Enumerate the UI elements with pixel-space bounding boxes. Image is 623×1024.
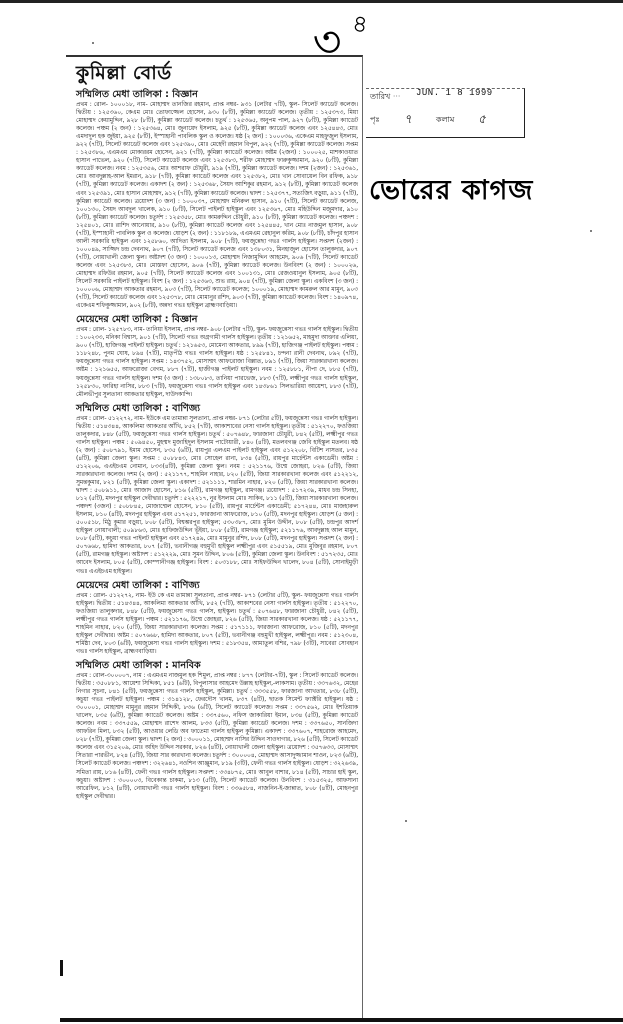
section-body: প্রথম : রোল- ১০০০১৮, নাম- মোহাম্মদ তানজি… [76,101,358,310]
news-clipping: কুমিল্লা বোর্ড সম্মিলিত মেধা তালিকা : বি… [66,55,363,1019]
stamp-page-value: ৭ [404,111,412,131]
newspaper-name: ভোরের কাগজ [369,170,533,215]
section-heading: সম্মিলিত মেধা তালিকা : বিজ্ঞান [76,88,358,101]
stamp-column-label: কলাম [436,115,454,124]
bottom-border [60,1018,623,1022]
handwritten-page-number-sub: ৪ [349,5,370,47]
section-combined-commerce: সম্মিলিত মেধা তালিকা : বাণিজ্য প্রথম : র… [76,402,358,576]
stamp-dots: ··· [393,92,401,101]
handwritten-page-number: ৩ [311,17,343,69]
section-girls-commerce: মেয়েদের মেধা তালিকা : বাণিজ্য প্রথম : র… [76,579,358,656]
archive-stamp: তারিখ ··· JUN. 1 8 1999 পৃঃ ৭ কলাম ৫ [366,88,525,138]
scan-mark [60,960,63,976]
section-heading: সম্মিলিত মেধা তালিকা : বাণিজ্য [76,402,358,415]
section-body: প্রথম : রোল- ৫১২২৭২, নাম- ইউকে এম তামান্… [76,415,358,576]
section-combined-science: সম্মিলিত মেধা তালিকা : বিজ্ঞান প্রথম : র… [76,88,358,310]
top-border [0,0,623,3]
section-heading: সম্মিলিত মেধা তালিকা : মানবিক [76,659,358,672]
stamp-page-row: পৃঃ [370,114,380,127]
section-heading: মেয়েদের মেধা তালিকা : বাণিজ্য [76,579,358,592]
scan-speck [92,42,94,44]
stamp-column-row: কলাম [436,114,454,127]
section-body: প্রথম : রোল- ১২৫৭৮৩, নাম- তানিয়া ইসলাম,… [76,326,358,398]
section-heading: মেয়েদের মেধা তালিকা : বিজ্ঞান [76,313,358,326]
stamp-page-label: পৃঃ [370,115,380,124]
scan-speck [405,820,407,822]
section-girls-science: মেয়েদের মেধা তালিকা : বিজ্ঞান প্রথম : র… [76,313,358,398]
stamp-column-value: ৫ [478,111,486,131]
stamp-date-value: JUN. 1 8 1999 [416,88,493,98]
stamp-date-label: তারিখ [370,92,390,101]
stamp-date-row: তারিখ ··· [370,91,400,104]
section-combined-humanities: সম্মিলিত মেধা তালিকা : মানবিক প্রথম : রো… [76,659,358,801]
section-body: প্রথম : রোল-৩০০০০৭, নাম : এএমএম নাজমুল হ… [76,672,358,801]
section-body: প্রথম : রোল- ৫১২২৭২, নাম- ইউ কে এম তামান… [76,592,358,656]
scan-speck [590,230,592,232]
